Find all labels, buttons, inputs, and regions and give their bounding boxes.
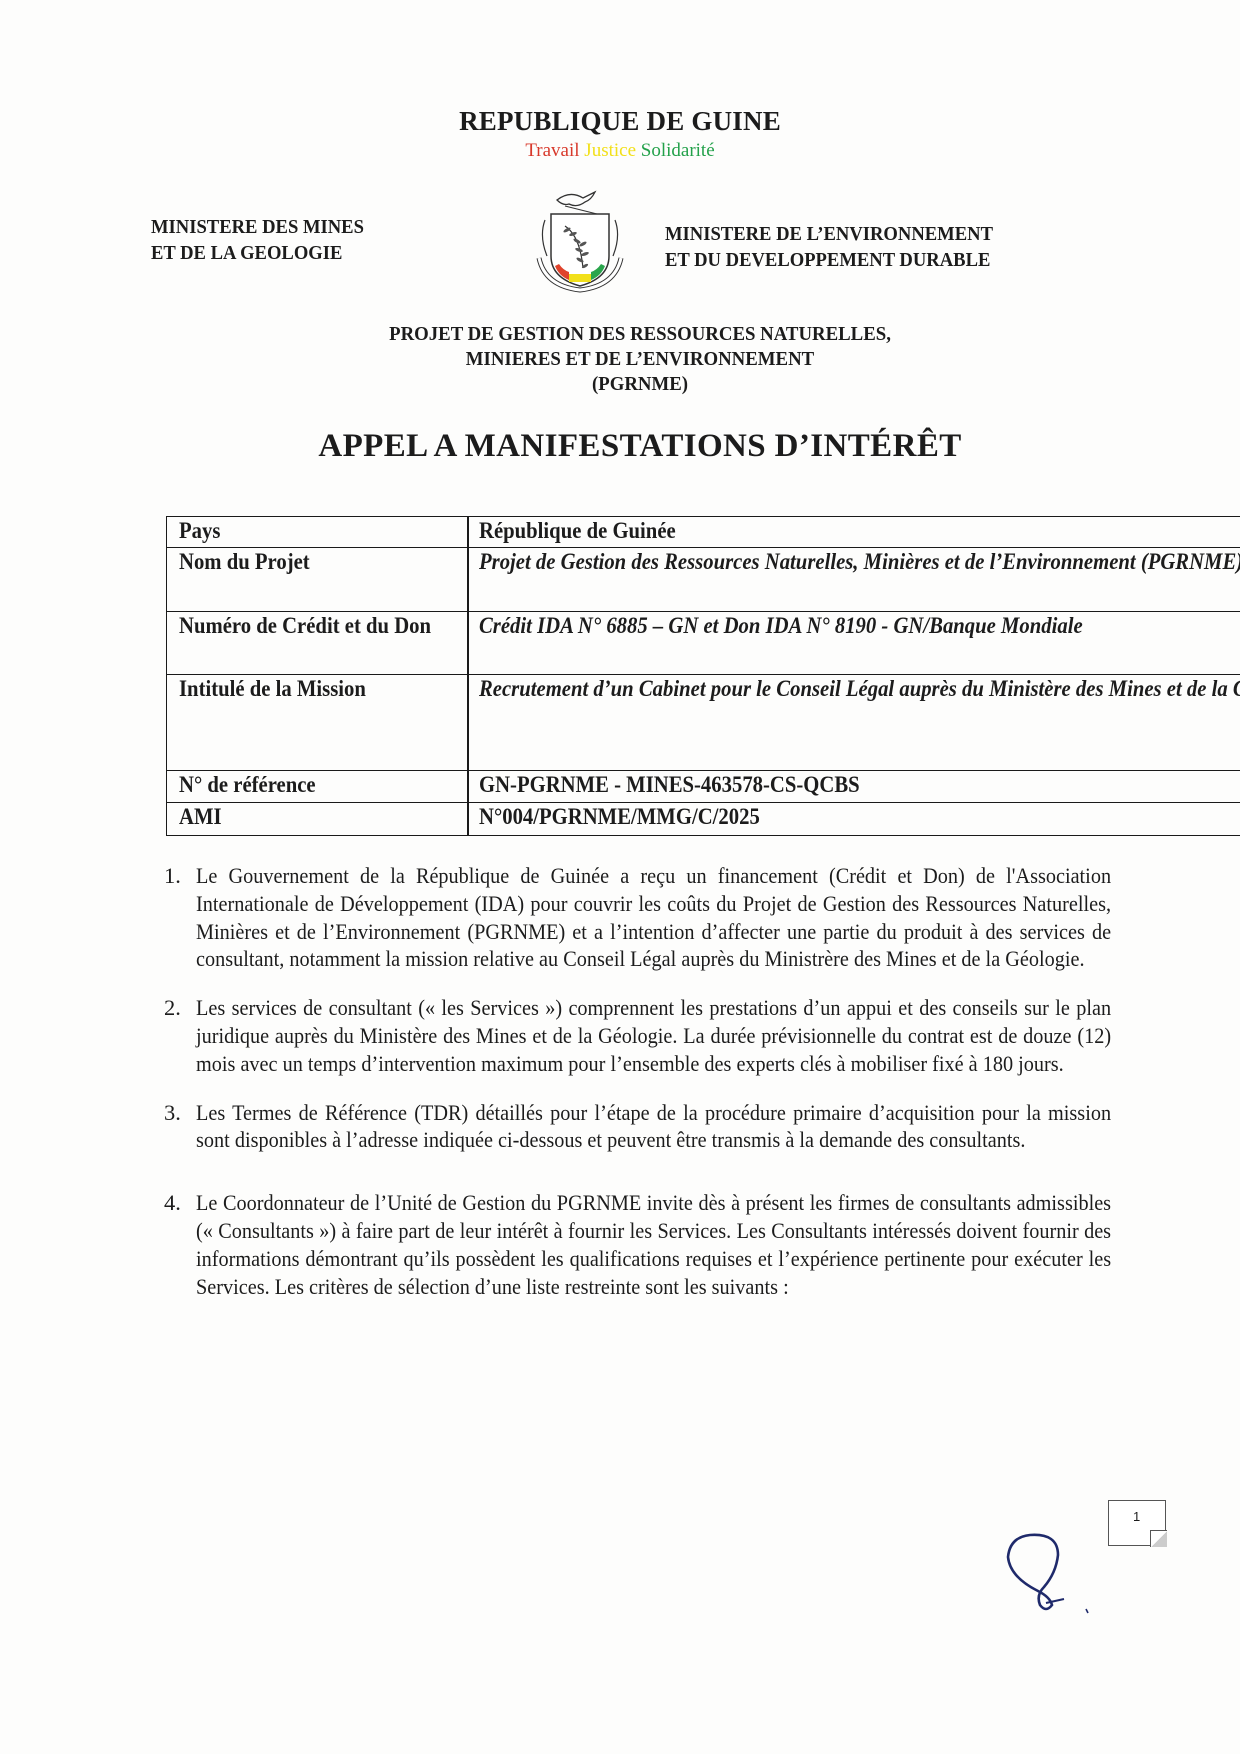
row-label-text: Numéro de Crédit et du Don [179,612,431,640]
national-motto: Travail Justice Solidarité [0,140,1240,162]
list-number: 2. [164,994,181,1022]
row-label-text: Intitulé de la Mission [179,675,366,703]
ministry-mines-line1: MINISTERE DES MINES [151,214,364,240]
list-number: 3. [164,1099,181,1127]
page-curl-icon [1150,1530,1167,1547]
row-value-text: Recrutement d’un Cabinet pour le Conseil… [479,675,1240,703]
list-item: 4.Le Coordonnateur de l’Unité de Gestion… [152,1189,1112,1300]
ministry-mines-line2: ET DE LA GEOLOGIE [151,240,364,266]
row-value-text: GN-PGRNME - MINES-463578-CS-QCBS [479,771,860,799]
row-label-text: N° de référence [179,771,316,799]
row-label: Numéro de Crédit et du Don [167,612,468,675]
table-row: Numéro de Crédit et du DonCrédit IDA N° … [167,612,1240,675]
project-line2: MINIERES ET DE L’ENVIRONNEMENT [38,347,1240,372]
ministry-environment-line2: ET DU DEVELOPPEMENT DURABLE [665,247,993,273]
paragraph-text: Les Termes de Référence (TDR) détaillés … [196,1099,1111,1155]
motto-travail: Travail [525,140,579,161]
row-label: Nom du Projet [167,548,468,612]
row-label-text: AMI [179,803,222,831]
motto-justice: Justice [584,140,636,161]
row-label: AMI [167,803,468,836]
row-label: Intitulé de la Mission [167,675,468,771]
ministry-environment-line1: MINISTERE DE L’ENVIRONNEMENT [665,221,993,247]
row-value: République de Guinée [469,517,1240,548]
paragraph-text: Les services de consultant (« les Servic… [196,994,1111,1077]
list-item: 3.Les Termes de Référence (TDR) détaillé… [152,1099,1112,1155]
list-number: 4. [164,1189,181,1217]
table-row: Intitulé de la MissionRecrutement d’un C… [167,675,1240,771]
list-item: 2.Les services de consultant (« les Serv… [152,994,1112,1077]
table-row: PaysRépublique de Guinée [167,517,1240,548]
row-value: Recrutement d’un Cabinet pour le Conseil… [469,675,1240,771]
paragraph-list: 1.Le Gouvernement de la République de Gu… [152,862,1112,1321]
document-title: APPEL A MANIFESTATIONS D’INTÉRÊT [0,428,1240,465]
motto-solidarite: Solidarité [641,140,715,161]
row-value: N°004/PGRNME/MMG/C/2025 [469,803,1240,836]
page-number: 1 [1133,1509,1140,1524]
row-value: Projet de Gestion des Ressources Naturel… [469,548,1240,612]
row-value: GN-PGRNME - MINES-463578-CS-QCBS [469,771,1240,803]
row-label: N° de référence [167,771,468,803]
paragraph-text: Le Gouvernement de la République de Guin… [196,862,1111,973]
republic-title: REPUBLIQUE DE GUINE [0,106,1240,137]
project-acronym: (PGRNME) [38,372,1240,397]
list-item: 1.Le Gouvernement de la République de Gu… [152,862,1112,973]
row-label: Pays [167,517,468,548]
project-line1: PROJET DE GESTION DES RESSOURCES NATUREL… [38,322,1240,347]
row-value-text: Crédit IDA N° 6885 – GN et Don IDA N° 81… [479,612,1240,640]
table-row: Nom du ProjetProjet de Gestion des Resso… [167,548,1240,612]
project-name: PROJET DE GESTION DES RESSOURCES NATUREL… [38,322,1240,397]
row-value-text: République de Guinée [479,517,676,545]
page-number-badge: 1 [1108,1500,1166,1546]
row-value-text: Projet de Gestion des Ressources Naturel… [479,548,1240,576]
paragraph-text: Le Coordonnateur de l’Unité de Gestion d… [196,1189,1111,1300]
table-row: AMIN°004/PGRNME/MMG/C/2025 [167,803,1240,836]
ministry-mines: MINISTERE DES MINES ET DE LA GEOLOGIE [151,214,364,266]
row-label-text: Nom du Projet [179,548,310,576]
row-value: Crédit IDA N° 6885 – GN et Don IDA N° 81… [469,612,1240,675]
coat-of-arms-icon [525,186,635,296]
row-value-text: N°004/PGRNME/MMG/C/2025 [479,803,760,831]
signature-icon [1000,1525,1100,1615]
row-label-text: Pays [179,517,220,545]
ministry-environment: MINISTERE DE L’ENVIRONNEMENT ET DU DEVEL… [665,221,993,273]
table-row: N° de référenceGN-PGRNME - MINES-463578-… [167,771,1240,803]
list-number: 1. [164,862,181,890]
project-info-table: PaysRépublique de GuinéeNom du ProjetPro… [166,516,1240,836]
